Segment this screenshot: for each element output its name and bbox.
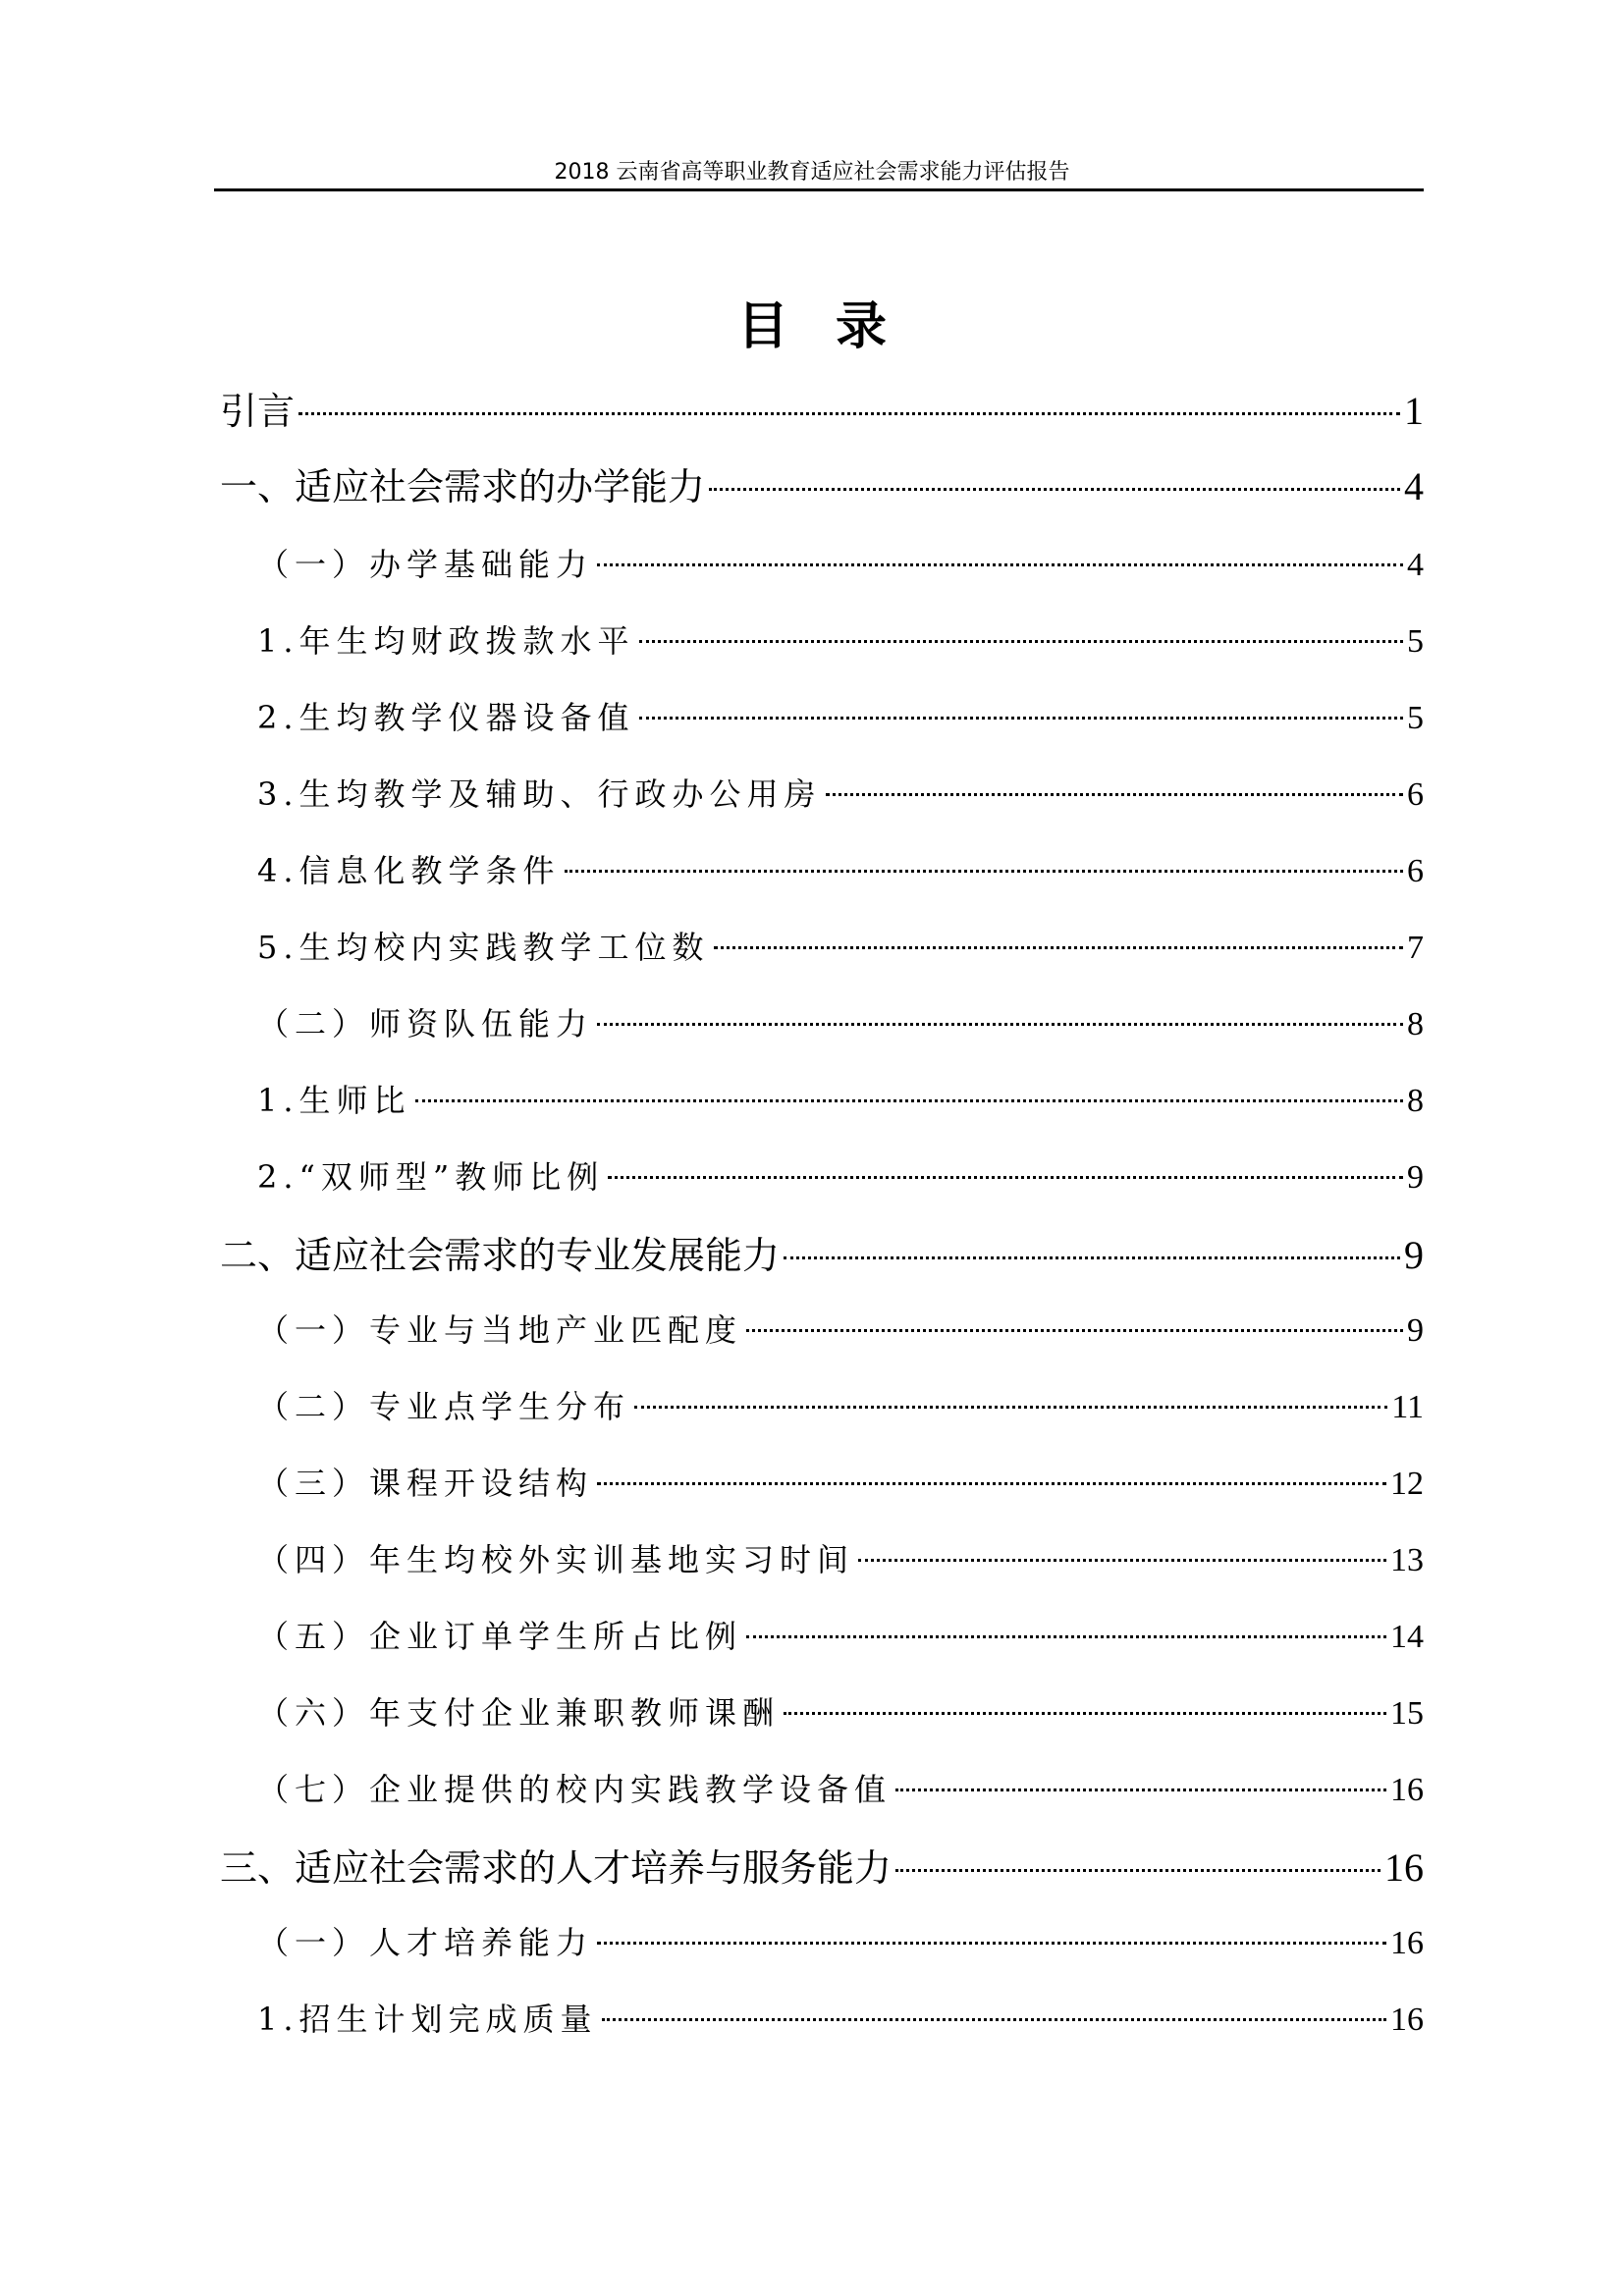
toc-entry-label: 5.生均校内实践教学工位数 [257, 923, 710, 968]
toc-entry-label: 引言 [220, 381, 295, 435]
toc-entry[interactable]: 1.招生计划完成质量16 [257, 1995, 1424, 2040]
toc-entry[interactable]: （一）人才培养能力16 [257, 1918, 1424, 1963]
dot-leader [597, 1942, 1386, 1945]
dot-leader [634, 1406, 1387, 1409]
toc-entry-label: 二、适应社会需求的专业发展能力 [220, 1225, 780, 1279]
dot-leader [895, 1869, 1380, 1872]
toc-entry[interactable]: （四）年生均校外实训基地实习时间13 [257, 1535, 1424, 1580]
dot-leader [858, 1559, 1386, 1562]
toc-entry-page: 14 [1390, 1619, 1424, 1656]
toc-entry[interactable]: （七）企业提供的校内实践教学设备值16 [257, 1765, 1424, 1810]
toc-entry[interactable]: 二、适应社会需求的专业发展能力9 [220, 1225, 1424, 1279]
toc-entry-label: （三）课程开设结构 [257, 1459, 593, 1504]
toc-entry-page: 12 [1390, 1466, 1424, 1503]
toc-entry-page: 16 [1384, 1844, 1424, 1891]
dot-leader [415, 1099, 1403, 1102]
toc-entry-page: 1 [1404, 388, 1424, 434]
toc-entry-label: （二）师资队伍能力 [257, 999, 593, 1044]
toc-entry-page: 16 [1390, 1772, 1424, 1809]
dot-leader [895, 1789, 1386, 1791]
toc-entry-label: 一、适应社会需求的办学能力 [220, 456, 705, 510]
toc-entry-page: 13 [1390, 1542, 1424, 1579]
toc-entry[interactable]: 4.信息化教学条件6 [257, 846, 1424, 891]
toc-entry-label: 1.招生计划完成质量 [257, 1995, 598, 2040]
toc-entry-label: 三、适应社会需求的人才培养与服务能力 [220, 1838, 892, 1892]
toc-entry-label: 4.信息化教学条件 [257, 846, 561, 891]
dot-leader [639, 640, 1403, 643]
toc-entry-page: 9 [1404, 1232, 1424, 1278]
dot-leader [608, 1176, 1403, 1179]
toc-entry[interactable]: 3.生均教学及辅助、行政办公用房6 [257, 770, 1424, 815]
toc-entry-page: 15 [1390, 1695, 1424, 1733]
toc-entry-label: （二）专业点学生分布 [257, 1382, 630, 1427]
toc-entry-label: （五）企业订单学生所占比例 [257, 1612, 742, 1657]
dot-leader [298, 412, 1400, 415]
toc-entry-label: （一）专业与当地产业匹配度 [257, 1306, 742, 1351]
toc-entry[interactable]: （二）师资队伍能力8 [257, 999, 1424, 1044]
dot-leader [784, 1256, 1400, 1259]
toc-heading: 目录 [0, 285, 1624, 358]
toc-entry-label: 2.“双师型”教师比例 [257, 1152, 604, 1198]
toc-entry[interactable]: （一）办学基础能力4 [257, 540, 1424, 585]
dot-leader [597, 1023, 1403, 1026]
dot-leader [826, 793, 1403, 796]
toc-entry-page: 8 [1407, 1083, 1424, 1120]
toc-entry-page: 9 [1407, 1312, 1424, 1350]
toc-entry-page: 8 [1407, 1006, 1424, 1043]
toc-entry-page: 11 [1391, 1389, 1424, 1426]
toc-entry-page: 6 [1407, 853, 1424, 890]
toc-entry[interactable]: 一、适应社会需求的办学能力4 [220, 456, 1424, 510]
toc-entry-label: （六）年支付企业兼职教师课酬 [257, 1688, 780, 1734]
running-header-title: 2018 云南省高等职业教育适应社会需求能力评估报告 [0, 155, 1624, 186]
toc-entry[interactable]: （五）企业订单学生所占比例14 [257, 1612, 1424, 1657]
toc-entry-label: （一）办学基础能力 [257, 540, 593, 585]
toc-entry[interactable]: 2.“双师型”教师比例9 [257, 1152, 1424, 1198]
toc-entry[interactable]: （一）专业与当地产业匹配度9 [257, 1306, 1424, 1351]
dot-leader [565, 870, 1403, 873]
toc-entry[interactable]: 1.生师比8 [257, 1076, 1424, 1121]
toc-entry-page: 6 [1407, 776, 1424, 814]
toc-entry-page: 4 [1404, 463, 1424, 509]
toc-entry[interactable]: （二）专业点学生分布11 [257, 1382, 1424, 1427]
header-divider [214, 188, 1424, 191]
toc-entry[interactable]: 引言1 [220, 381, 1424, 435]
toc-entry[interactable]: 1.年生均财政拨款水平5 [257, 616, 1424, 662]
toc-entry-label: （一）人才培养能力 [257, 1918, 593, 1963]
toc-entry-page: 4 [1407, 547, 1424, 584]
toc-entry[interactable]: （六）年支付企业兼职教师课酬15 [257, 1688, 1424, 1734]
dot-leader [602, 2018, 1386, 2021]
dot-leader [746, 1635, 1386, 1638]
toc-entry-page: 5 [1407, 700, 1424, 737]
dot-leader [709, 488, 1400, 491]
toc-entry-label: 2.生均教学仪器设备值 [257, 693, 635, 738]
toc-entry-page: 16 [1390, 2002, 1424, 2039]
dot-leader [639, 717, 1403, 720]
toc-entry-label: 1.生师比 [257, 1076, 411, 1121]
dot-leader [746, 1329, 1403, 1332]
dot-leader [597, 1482, 1386, 1485]
toc-entry-label: （七）企业提供的校内实践教学设备值 [257, 1765, 892, 1810]
dot-leader [597, 563, 1403, 566]
toc-entry-label: 1.年生均财政拨款水平 [257, 616, 635, 662]
dot-leader [714, 946, 1403, 949]
toc-entry-page: 7 [1407, 930, 1424, 967]
toc-entry-page: 16 [1390, 1925, 1424, 1962]
toc-entry-page: 5 [1407, 623, 1424, 661]
toc-entry-page: 9 [1407, 1159, 1424, 1197]
toc-entry[interactable]: 2.生均教学仪器设备值5 [257, 693, 1424, 738]
toc-entry-label: 3.生均教学及辅助、行政办公用房 [257, 770, 822, 815]
dot-leader [784, 1712, 1386, 1715]
toc-entry[interactable]: 5.生均校内实践教学工位数7 [257, 923, 1424, 968]
toc-entry[interactable]: 三、适应社会需求的人才培养与服务能力16 [220, 1838, 1424, 1892]
toc-entry[interactable]: （三）课程开设结构12 [257, 1459, 1424, 1504]
toc-entry-label: （四）年生均校外实训基地实习时间 [257, 1535, 854, 1580]
